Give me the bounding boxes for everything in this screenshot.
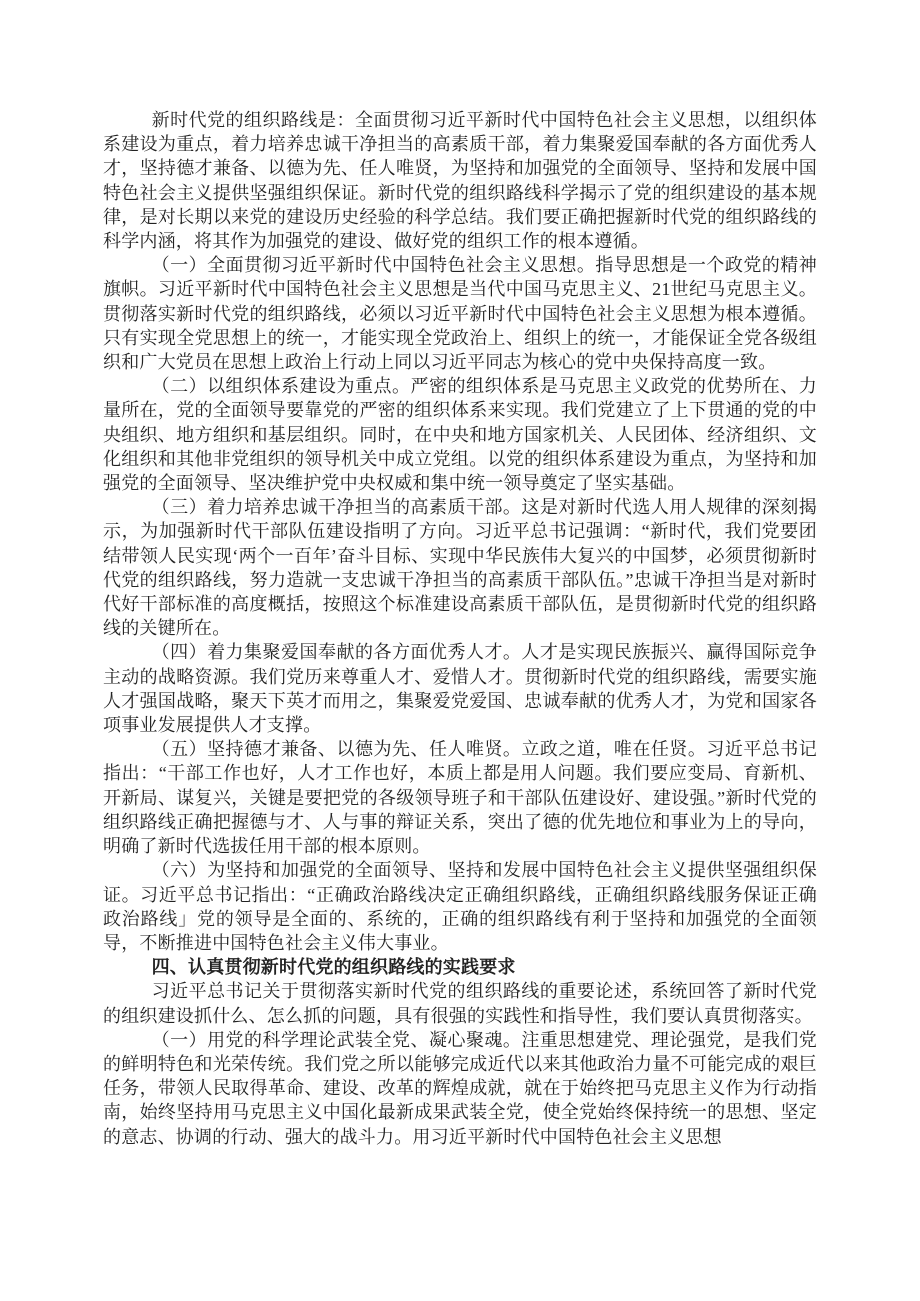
paragraph-point-3: （三）着力培养忠诚干净担当的高素质干部。这是对新时代选人用人规律的深刻揭示，为加… xyxy=(103,495,817,640)
paragraph-practice-1: （一）用党的科学理论武装全党、凝心聚魂。注重思想建党、理论强党，是我们党的鲜明特… xyxy=(103,1028,817,1149)
document-page: 新时代党的组织路线是：全面贯彻习近平新时代中国特色社会主义思想，以组织体系建设为… xyxy=(0,0,920,1301)
paragraph-point-4: （四）着力集聚爱国奉献的各方面优秀人才。人才是实现民族振兴、赢得国际竞争主动的战… xyxy=(103,640,817,737)
paragraph-point-5: （五）坚持德才兼备、以德为先、任人唯贤。立政之道，唯在任贤。习近平总书记指出：“… xyxy=(103,737,817,858)
paragraph-point-2: （二）以组织体系建设为重点。严密的组织体系是马克思主义政党的优势所在、力量所在，… xyxy=(103,374,817,495)
paragraph-intro: 新时代党的组织路线是：全面贯彻习近平新时代中国特色社会主义思想，以组织体系建设为… xyxy=(103,108,817,253)
paragraph-point-6: （六）为坚持和加强党的全面领导、坚持和发展中国特色社会主义提供坚强组织保证。习近… xyxy=(103,858,817,955)
section-heading-4: 四、认真贯彻新时代党的组织路线的实践要求 xyxy=(103,955,817,979)
paragraph-practice-intro: 习近平总书记关于贯彻落实新时代党的组织路线的重要论述，系统回答了新时代党的组织建… xyxy=(103,979,817,1027)
document-content: 新时代党的组织路线是：全面贯彻习近平新时代中国特色社会主义思想，以组织体系建设为… xyxy=(103,108,817,1149)
paragraph-point-1: （一）全面贯彻习近平新时代中国特色社会主义思想。指导思想是一个政党的精神旗帜。习… xyxy=(103,253,817,374)
